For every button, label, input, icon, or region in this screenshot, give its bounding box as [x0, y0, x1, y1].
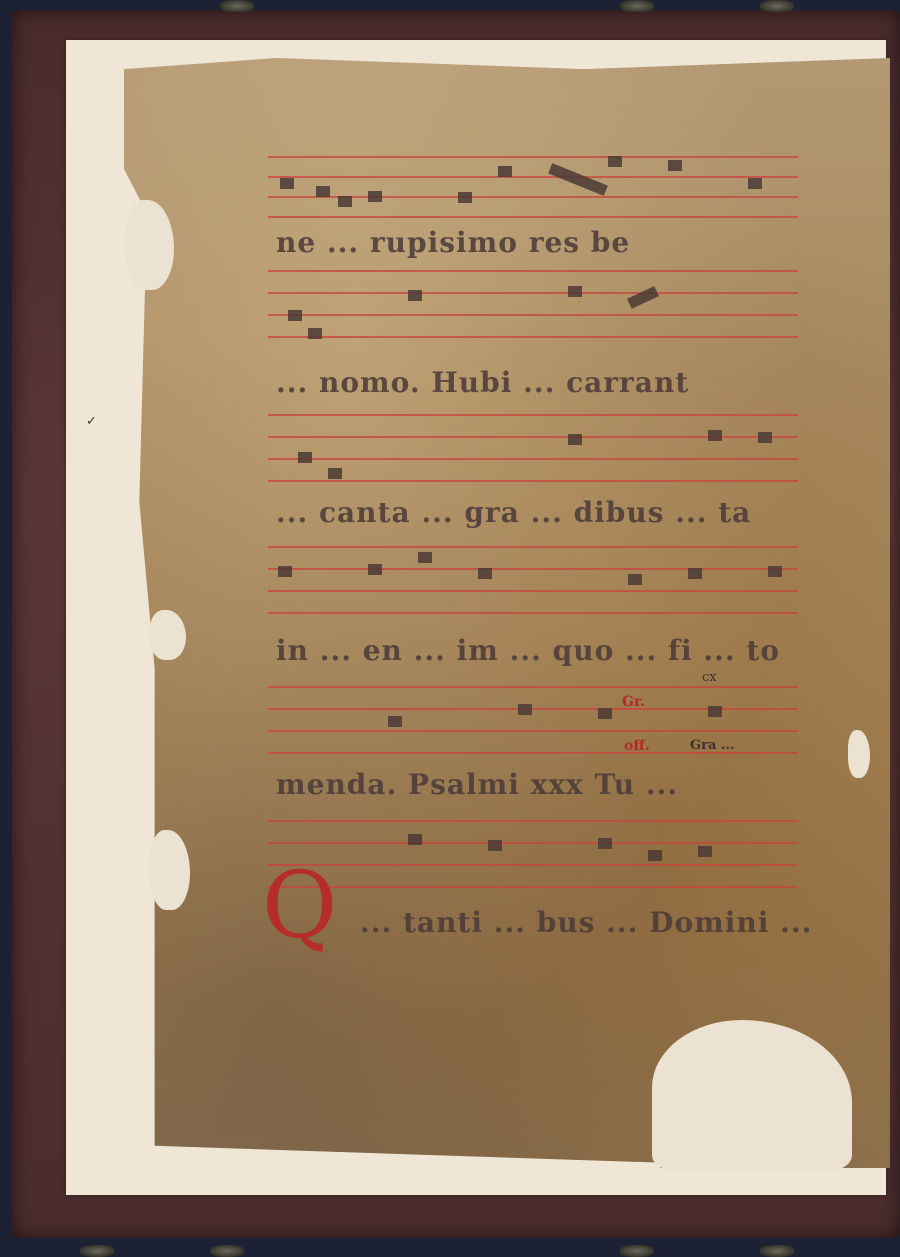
rubric-gradual: Gr.: [622, 694, 645, 710]
chant-text-line: ... canta ... gra ... dibus ... ta: [276, 496, 751, 529]
folio-number: cx: [702, 670, 717, 685]
chant-text-line: in ... en ... im ... quo ... fi ... to: [276, 634, 780, 667]
binding-stud: [220, 0, 254, 12]
parchment-loss: [150, 610, 186, 660]
music-staff: [268, 414, 798, 480]
chant-text-line: menda. Psalmi xxx Tu ...: [276, 768, 678, 801]
music-staff: [268, 156, 798, 216]
binding-stud: [760, 1245, 794, 1257]
parchment-loss: [848, 730, 870, 778]
rubric-offertory: off.: [624, 738, 650, 754]
binding-stud: [210, 1245, 244, 1257]
chant-text-line: ... nomo. Hubi ... carrant: [276, 366, 689, 399]
binding-stud: [760, 0, 794, 12]
chant-text-line: ... tanti ... bus ... Domini ...: [360, 906, 812, 939]
binding-stud: [80, 1245, 114, 1257]
chant-text-line: ne ... rupisimo res be: [276, 226, 630, 259]
binding-stud: [620, 1245, 654, 1257]
music-staff: [268, 820, 798, 886]
music-staff: [268, 270, 798, 336]
decorated-initial: Q: [262, 860, 337, 952]
binding-stud: [620, 0, 654, 12]
music-staff: [268, 546, 798, 612]
margin-mark: ✓: [86, 414, 97, 429]
rubric-continuation: Gra ...: [690, 738, 734, 753]
